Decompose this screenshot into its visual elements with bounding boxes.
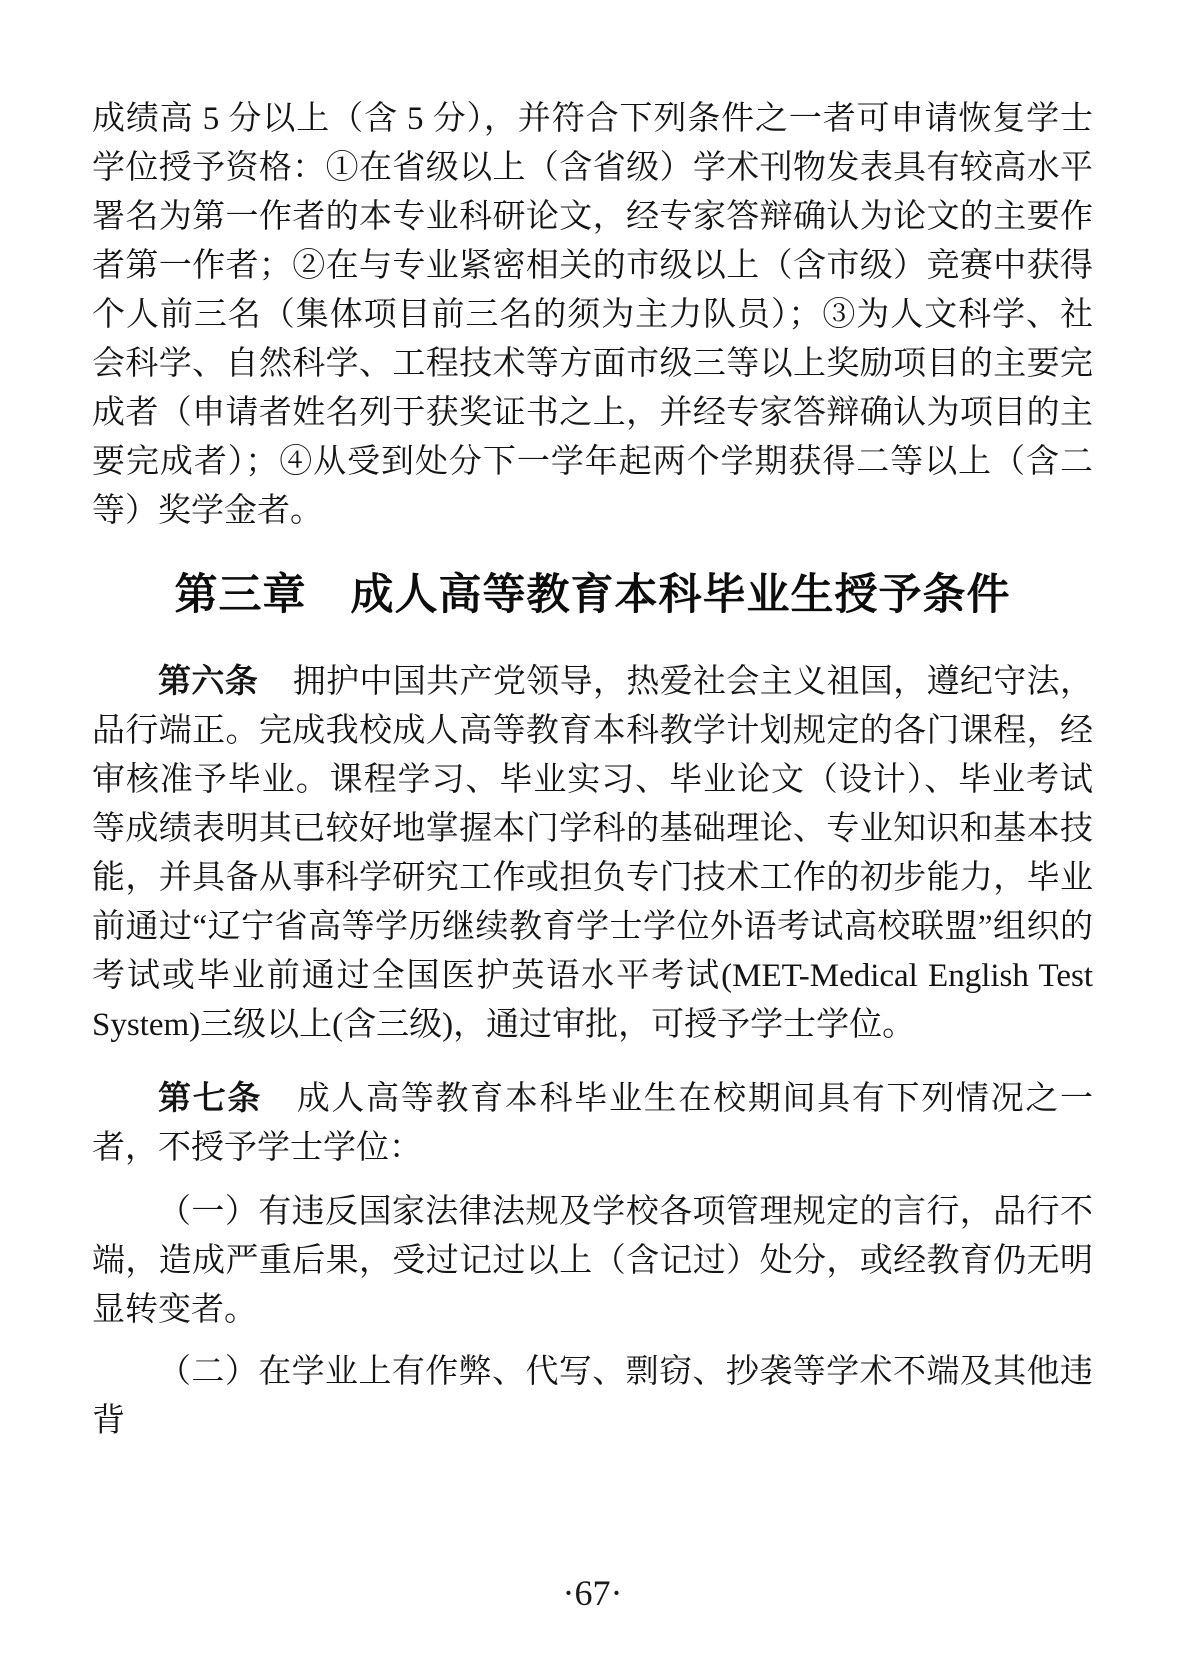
article-7-paragraph: 第七条成人高等教育本科毕业生在校期间具有下列情况之一者，不授予学士学位： [92, 1073, 1093, 1173]
article-7-item-2: （二）在学业上有作弊、代写、剽窃、抄袭等学术不端及其他违背 [92, 1348, 1093, 1446]
page-number: ·67· [563, 1573, 623, 1613]
article-7-label: 第七条 [158, 1079, 262, 1116]
article-7-item-1: （一）有违反国家法律法规及学校各项管理规定的言行，品行不端，造成严重后果，受过记… [92, 1188, 1093, 1335]
continuation-paragraph: 成绩高 5 分以上（含 5 分），并符合下列条件之一者可申请恢复学士学位授予资格… [92, 95, 1093, 536]
page-footer: ·67· [92, 1569, 1093, 1618]
article-6-body: 拥护中国共产党领导，热爱社会主义祖国，遵纪守法，品行端正。完成我校成人高等教育本… [92, 664, 1093, 1043]
chapter-heading: 第三章 成人高等教育本科毕业生授予条件 [92, 567, 1093, 624]
article-6-label: 第六条 [158, 662, 258, 699]
article-6-paragraph: 第六条拥护中国共产党领导，热爱社会主义祖国，遵纪守法，品行端正。完成我校成人高等… [92, 656, 1093, 1050]
document-page: 成绩高 5 分以上（含 5 分），并符合下列条件之一者可申请恢复学士学位授予资格… [0, 0, 1190, 1670]
